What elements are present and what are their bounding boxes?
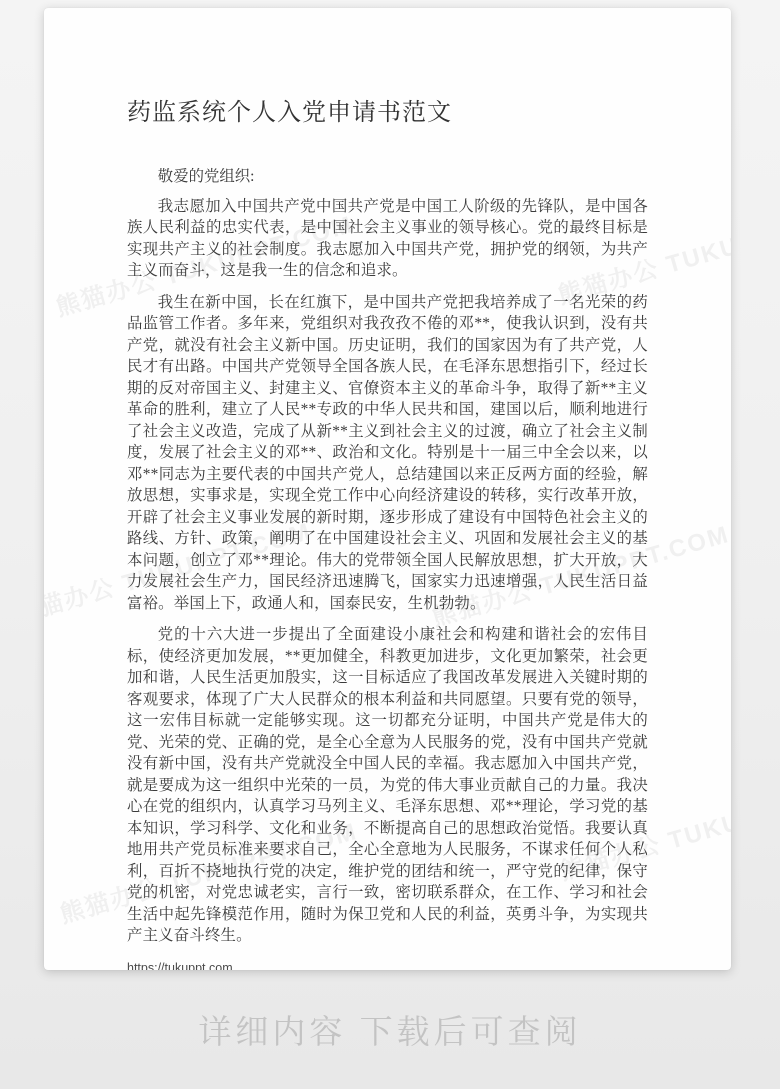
document-title: 药监系统个人入党申请书范文 — [127, 98, 648, 128]
preview-canvas: 熊猫办公 TUKUPPT.COM 熊猫办公 TUKUPPT.COM 熊猫办公 T… — [0, 0, 780, 1089]
document-content: 药监系统个人入党申请书范文 敬爱的党组织: 我志愿加入中国共产党中国共产党是中国… — [44, 8, 731, 970]
doc-paragraph: 我志愿加入中国共产党中国共产党是中国工人阶级的先锋队，是中国各族人民利益的忠实代… — [127, 196, 648, 282]
document-body: 敬爱的党组织: 我志愿加入中国共产党中国共产党是中国工人阶级的先锋队，是中国各族… — [127, 166, 648, 970]
document-page: 熊猫办公 TUKUPPT.COM 熊猫办公 TUKUPPT.COM 熊猫办公 T… — [44, 8, 731, 970]
salutation-line: 敬爱的党组织: — [127, 166, 648, 188]
preview-footer: 详细内容 下载后可查阅 — [0, 970, 780, 1089]
source-url-text: https://tukuppt.com — [127, 961, 648, 971]
doc-paragraph: 我生在新中国，长在红旗下，是中国共产党把我培养成了一名光荣的药品监管工作者。多年… — [127, 292, 648, 615]
footer-caption: 详细内容 下载后可查阅 — [198, 1006, 581, 1053]
doc-paragraph: 党的十六大进一步提出了全面建设小康社会和构建和谐社会的宏伟目标，使经济更加发展，… — [127, 624, 648, 947]
